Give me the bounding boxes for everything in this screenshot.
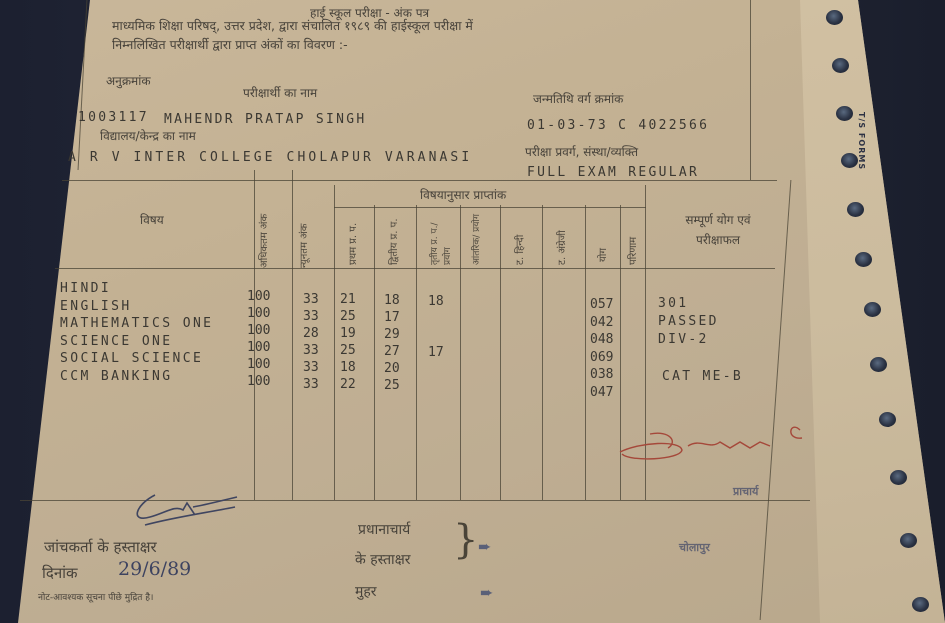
paper2-mark: 18 — [384, 292, 400, 309]
feed-hole-icon — [836, 106, 853, 121]
date-value: 29/6/89 — [118, 558, 191, 580]
subject-total: 047 — [590, 384, 613, 402]
paper3-mark — [428, 361, 444, 378]
paper3-mark — [428, 310, 444, 327]
max-mark: 100 — [247, 322, 270, 339]
principal-signature-label: के हस्ताक्षर — [355, 550, 410, 569]
roll-number: 1003117 — [78, 110, 149, 125]
min-mark: 33 — [303, 376, 319, 393]
school-label: विद्यालय/केन्द्र का नाम — [100, 127, 196, 144]
feed-hole-icon — [879, 412, 896, 427]
paper3-mark — [428, 378, 444, 395]
subject-name: MATHEMATICS ONE — [60, 315, 213, 333]
max-mark: 100 — [247, 356, 270, 373]
dob-class-serial: 01-03-73 C 4022566 — [527, 118, 709, 133]
total-col: 057 042 048 069 038 047 — [590, 296, 613, 401]
subject-name: ENGLISH — [60, 298, 213, 316]
col-header-max: अधिकतम अंक — [258, 190, 272, 268]
paper3-mark: 18 — [428, 293, 444, 310]
feed-hole-icon — [832, 58, 849, 73]
col-rule — [585, 205, 586, 500]
red-signature-icon — [610, 420, 810, 470]
col-header-paper3: तृतीय प्र. प./ प्रयोग — [428, 210, 454, 265]
feed-hole-icon — [900, 533, 917, 548]
subject-name: HINDI — [60, 280, 213, 298]
subject-name: SOCIAL SCIENCE — [60, 350, 213, 368]
col-header-min: न्यूनतम अंक — [298, 190, 312, 268]
max-marks-col: 100 100 100 100 100 100 — [247, 288, 270, 390]
subject-total: 069 — [590, 349, 613, 367]
paper1-mark: 25 — [340, 342, 356, 359]
school-name: A R V INTER COLLEGE CHOLAPUR VARANASI — [68, 150, 472, 165]
checker-signature-label: जांचकर्ता के हस्ताक्षर — [44, 537, 157, 557]
subject-list: HINDI ENGLISH MATHEMATICS ONE SCIENCE ON… — [60, 280, 213, 385]
subject-total: 038 — [590, 366, 613, 384]
exam-type: FULL EXAM REGULAR — [527, 165, 699, 180]
paper1-mark: 21 — [340, 291, 356, 308]
candidate-name-label: परीक्षार्थी का नाम — [243, 84, 317, 101]
paper2-mark: 29 — [384, 326, 400, 343]
exam-type-label: परीक्षा प्रवर्ग, संस्था/व्यक्ति — [525, 143, 638, 160]
paper2-mark: 27 — [384, 343, 400, 360]
subject-total: 042 — [590, 314, 613, 332]
max-mark: 100 — [247, 288, 270, 305]
min-mark: 33 — [303, 359, 319, 376]
max-mark: 100 — [247, 373, 270, 390]
min-mark: 33 — [303, 291, 319, 308]
group-header-rule — [334, 207, 646, 208]
min-mark: 28 — [303, 325, 319, 342]
grand-total: 301 — [658, 296, 688, 311]
col-rule — [500, 205, 501, 500]
col-header-paper2: द्वितीय प्र. प. — [388, 210, 402, 265]
date-label: दिनांक — [42, 563, 78, 583]
feed-hole-icon — [855, 252, 872, 267]
paper1-mark: 18 — [340, 359, 356, 376]
paper3-col: 18 17 — [428, 293, 444, 395]
roll-number-label: अनुक्रमांक — [106, 72, 151, 89]
brace-icon: } — [453, 520, 478, 560]
col-header-result: परिणाम — [627, 215, 641, 265]
min-mark: 33 — [303, 342, 319, 359]
feed-hole-icon — [864, 302, 881, 317]
table-header-rule — [55, 268, 775, 269]
feed-hole-icon — [890, 470, 907, 485]
header-line-2: निम्नलिखित परीक्षार्थी द्वारा प्राप्त अं… — [112, 36, 348, 53]
paper3-mark: 17 — [428, 344, 444, 361]
col-rule — [416, 205, 417, 500]
form-code: T/S FORMS — [857, 112, 866, 170]
paper2-mark: 17 — [384, 309, 400, 326]
subject-total: 048 — [590, 331, 613, 349]
paper1-col: 21 25 19 25 18 22 — [340, 291, 356, 393]
feed-hole-icon — [826, 10, 843, 25]
col-header-grace-hindi: ट. हिन्दी — [514, 215, 528, 265]
header-line-1: माध्यमिक शिक्षा परिषद्, उत्तर प्रदेश, द्… — [112, 17, 473, 34]
paper1-mark: 25 — [340, 308, 356, 325]
feed-hole-icon — [870, 357, 887, 372]
subject-total: 057 — [590, 296, 613, 314]
result-status: PASSED — [658, 314, 719, 329]
max-mark: 100 — [247, 305, 270, 322]
arrow-right-icon: ➨ — [478, 537, 491, 556]
principal-stamp-title: प्राचार्य — [733, 484, 758, 499]
col-header-grace-english: ट. अंग्रेजी — [556, 215, 570, 265]
col-rule — [374, 205, 375, 500]
col-header-grand-total: सम्पूर्ण योग एवं परीक्षाफल — [668, 210, 768, 250]
subject-name: SCIENCE ONE — [60, 333, 213, 351]
arrow-right-icon: ➨ — [480, 583, 493, 602]
col-rule — [292, 170, 293, 500]
candidate-name: MAHENDR PRATAP SINGH — [164, 112, 367, 127]
paper2-col: 18 17 29 27 20 25 — [384, 292, 400, 394]
feed-hole-icon — [847, 202, 864, 217]
col-group-subjectwise: विषयानुसार प्राप्तांक — [420, 186, 506, 203]
paper1-mark: 19 — [340, 325, 356, 342]
table-top-rule — [62, 180, 777, 181]
col-header-paper1: प्रथम प्र. प. — [347, 210, 361, 265]
division: DIV-2 — [658, 332, 709, 347]
border-right-top — [750, 0, 751, 180]
max-mark: 100 — [247, 339, 270, 356]
min-marks-col: 33 33 28 33 33 33 — [303, 291, 319, 393]
col-rule — [334, 185, 335, 500]
col-rule — [460, 205, 461, 500]
subject-name: CCM BANKING — [60, 368, 213, 386]
checker-signature-icon — [125, 485, 245, 530]
col-header-total: योग — [597, 222, 611, 262]
min-mark: 33 — [303, 308, 319, 325]
col-header-subject: विषय — [140, 211, 164, 228]
category: CAT ME-B — [662, 369, 743, 384]
feed-hole-icon — [841, 153, 858, 168]
paper1-mark: 22 — [340, 376, 356, 393]
feed-hole-icon — [912, 597, 929, 612]
col-rule — [542, 205, 543, 500]
principal-stamp-place: चोलापुर — [679, 540, 710, 555]
principal-label: प्रधानाचार्य — [358, 520, 410, 539]
footnote: नोट-आवश्यक सूचना पीछे मुद्रित है। — [38, 590, 153, 603]
paper2-mark: 20 — [384, 360, 400, 377]
dob-label: जन्मतिथि वर्ग क्रमांक — [533, 90, 623, 107]
paper2-mark: 25 — [384, 377, 400, 394]
col-header-internal: आंतरिक/ प्रयोग — [470, 210, 483, 265]
paper3-mark — [428, 327, 444, 344]
seal-label: मुहर — [355, 582, 377, 601]
